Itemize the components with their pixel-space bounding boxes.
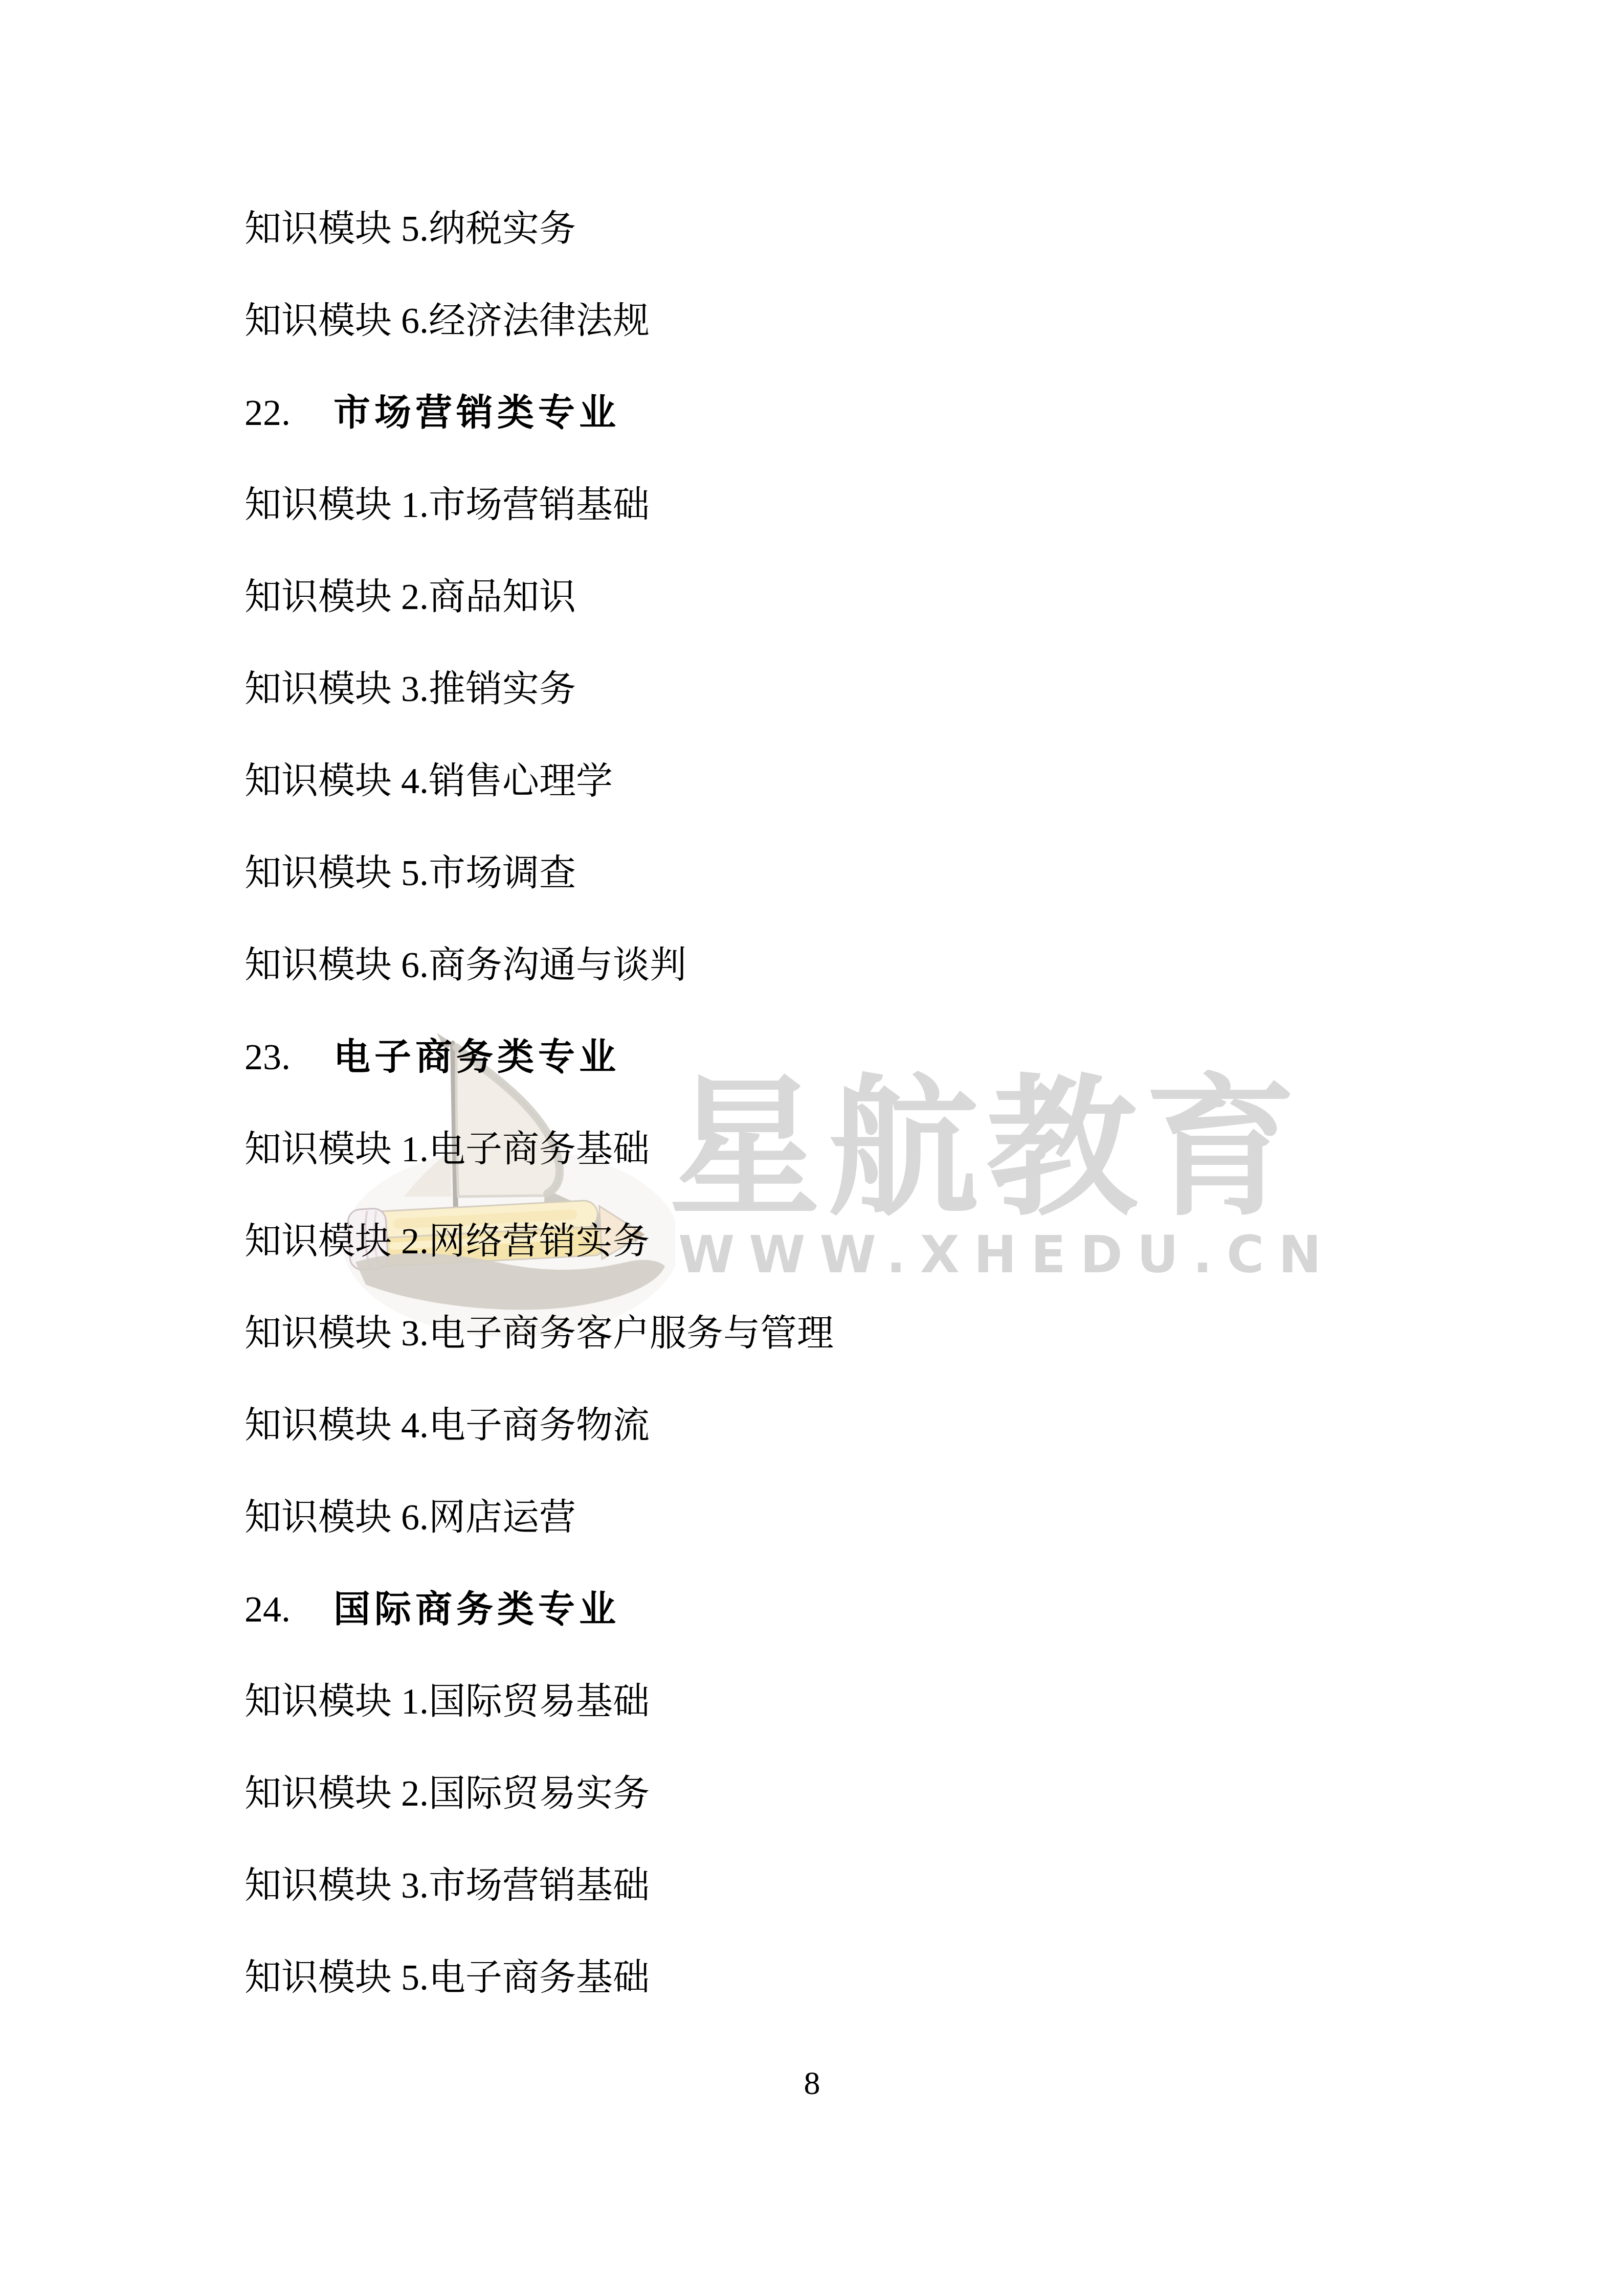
module-line: 知识模块 4.销售心理学: [244, 735, 834, 827]
section-number: 23.: [244, 1039, 291, 1075]
module-line: 知识模块 3.电子商务客户服务与管理: [244, 1287, 834, 1379]
module-line: 知识模块 1.国际贸易基础: [244, 1655, 834, 1747]
module-line: 知识模块 1.市场营销基础: [244, 459, 834, 551]
section-title: 国际商务类专业: [333, 1591, 620, 1628]
module-line: 知识模块 5.电子商务基础: [244, 1931, 834, 2023]
section-title: 电子商务类专业: [333, 1039, 620, 1075]
section-heading: 24.国际商务类专业: [244, 1563, 834, 1655]
module-line: 知识模块 6.网店运营: [244, 1471, 834, 1563]
section-number: 22.: [244, 394, 291, 431]
module-line: 知识模块 5.纳税实务: [244, 183, 834, 275]
content-lines: 知识模块 5.纳税实务知识模块 6.经济法律法规22.市场营销类专业知识模块 1…: [244, 183, 834, 2023]
module-line: 知识模块 3.市场营销基础: [244, 1839, 834, 1931]
section-heading: 23.电子商务类专业: [244, 1011, 834, 1103]
section-heading: 22.市场营销类专业: [244, 367, 834, 459]
module-line: 知识模块 6.商务沟通与谈判: [244, 919, 834, 1011]
module-line: 知识模块 2.网络营销实务: [244, 1195, 834, 1287]
module-line: 知识模块 2.国际贸易实务: [244, 1747, 834, 1839]
module-line: 知识模块 6.经济法律法规: [244, 275, 834, 367]
module-line: 知识模块 3.推销实务: [244, 643, 834, 735]
module-line: 知识模块 1.电子商务基础: [244, 1103, 834, 1195]
section-title: 市场营销类专业: [333, 394, 620, 431]
module-line: 知识模块 5.市场调查: [244, 827, 834, 919]
section-number: 24.: [244, 1591, 291, 1628]
module-line: 知识模块 2.商品知识: [244, 551, 834, 643]
module-line: 知识模块 4.电子商务物流: [244, 1379, 834, 1471]
page-number: 8: [0, 2067, 1624, 2100]
document-page: { "page": { "number": "8", "background":…: [0, 0, 1624, 2296]
